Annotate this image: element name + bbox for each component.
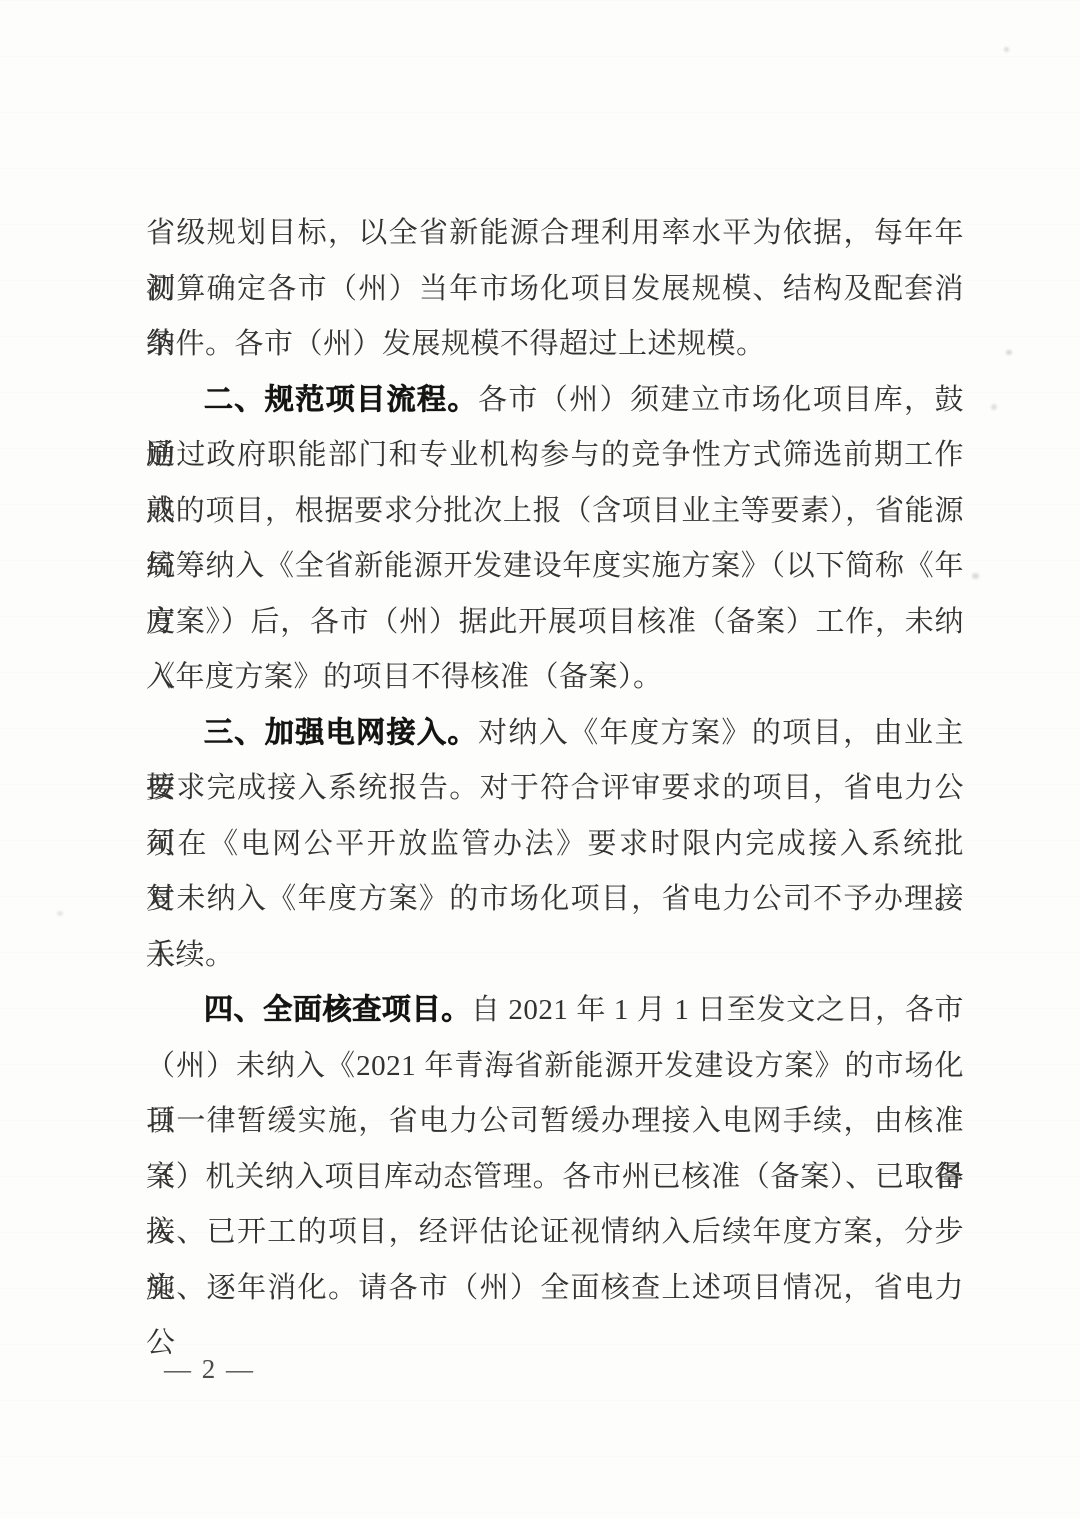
scan-artifact <box>1006 350 1012 355</box>
body-line: 条件。各市（州）发展规模不得超过上述规模。 <box>146 317 964 373</box>
page-number: — 2 — <box>164 1354 255 1385</box>
body-line: 统筹纳入《全省新能源开发建设年度实施方案》（以下简称《年度 <box>146 539 964 595</box>
body-line: 测算确定各市（州）当年市场化项目发展规模、结构及配套消纳 <box>146 262 964 318</box>
body-line: 熟的项目，根据要求分批次上报（含项目业主等要素），省能源局 <box>146 484 964 540</box>
body-line: 四、全面核查项目。自 2021 年 1 月 1 日至发文之日，各市 <box>146 983 964 1039</box>
body-line: 通过政府职能部门和专业机构参与的竞争性方式筛选前期工作成 <box>146 428 964 484</box>
body-line: 施、逐年消化。请各市（州）全面核查上述项目情况，省电力公 <box>146 1261 964 1317</box>
section-heading: 二、规范项目流程。 <box>204 384 478 416</box>
body-line: 须在《电网公平开放监管办法》要求时限内完成接入系统批复。 <box>146 817 964 873</box>
line-text: 手续。 <box>146 939 235 971</box>
body-line: 省级规划目标，以全省新能源合理利用率水平为依据，每年年初 <box>146 206 964 262</box>
body-line: 二、规范项目流程。各市（州）须建立市场化项目库，鼓励 <box>146 373 964 429</box>
line-text: 自 2021 年 1 月 1 日至发文之日，各市 <box>471 994 964 1026</box>
body-line: （州）未纳入《2021 年青海省新能源开发建设方案》的市场化项 <box>146 1039 964 1095</box>
scan-artifact <box>1004 47 1009 52</box>
body-line: 入、已开工的项目，经评估论证视情纳入后续年度方案，分步实 <box>146 1205 964 1261</box>
scan-artifact <box>972 573 979 579</box>
line-text: 《年度方案》的项目不得核准（备案）。 <box>146 661 663 693</box>
body-line: 案）机关纳入项目库动态管理。各市州已核准（备案）、已取得接 <box>146 1150 964 1206</box>
section-heading: 四、全面核查项目。 <box>204 994 471 1026</box>
body-line: 要求完成接入系统报告。对于符合评审要求的项目，省电力公司 <box>146 761 964 817</box>
body-line: 方案》）后，各市（州）据此开展项目核准（备案）工作，未纳入 <box>146 595 964 651</box>
document-page: 省级规划目标，以全省新能源合理利用率水平为依据，每年年初 测算确定各市（州）当年… <box>146 206 964 1316</box>
scan-artifact <box>991 404 997 410</box>
body-line: 《年度方案》的项目不得核准（备案）。 <box>146 650 964 706</box>
body-line: 对未纳入《年度方案》的市场化项目，省电力公司不予办理接入 <box>146 872 964 928</box>
section-heading: 三、加强电网接入。 <box>204 717 478 749</box>
line-text: 施、逐年消化。请各市（州）全面核查上述项目情况，省电力公 <box>146 1272 964 1360</box>
line-text: 条件。各市（州）发展规模不得超过上述规模。 <box>146 328 766 360</box>
scan-artifact <box>57 911 63 916</box>
body-line: 目一律暂缓实施，省电力公司暂缓办理接入电网手续，由核准（备 <box>146 1094 964 1150</box>
body-line: 手续。 <box>146 928 964 984</box>
body-line: 三、加强电网接入。对纳入《年度方案》的项目，由业主按 <box>146 706 964 762</box>
